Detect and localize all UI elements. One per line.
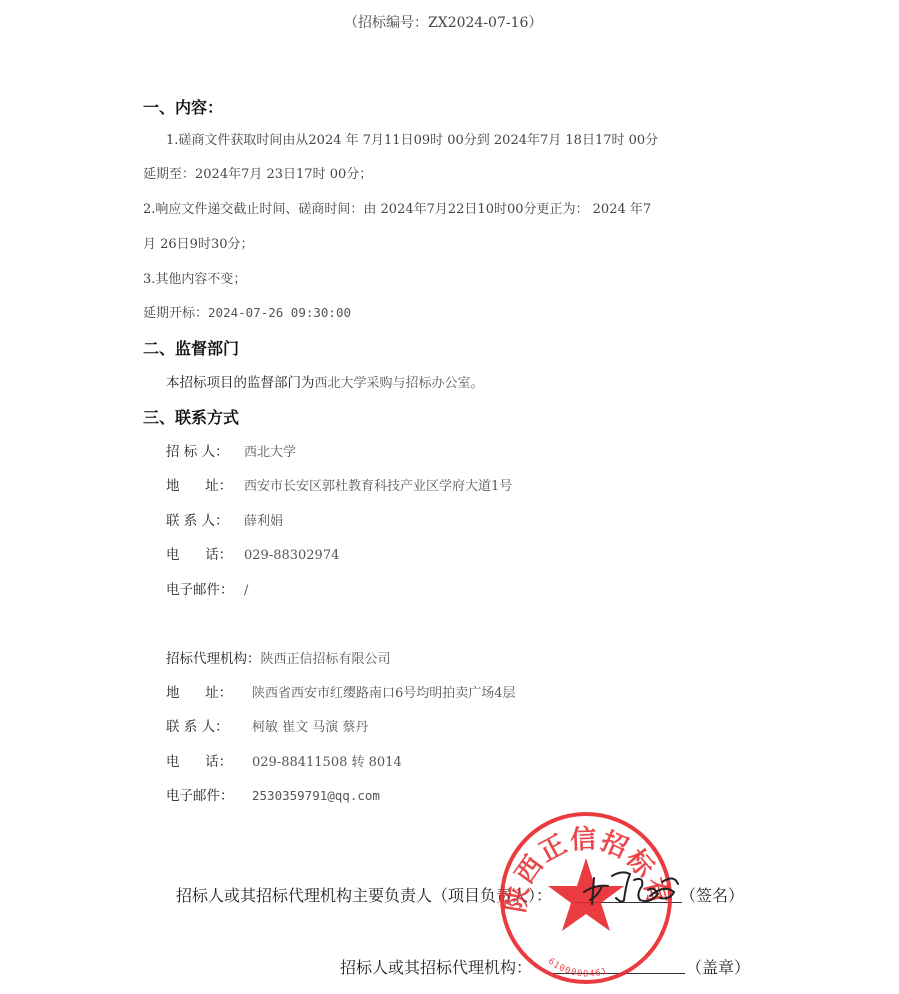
tenderer-name-value: 西北大学: [244, 445, 296, 460]
agency-name-label: 招标代理机构：: [166, 651, 261, 667]
tender-number: （招标编号：ZX2024-07-16）: [344, 12, 542, 32]
signature-suffix: （签名）: [680, 883, 744, 906]
section-supervision-heading: 二、监督部门: [143, 336, 239, 359]
content-item-2-line-2: 月 26日9时30分；: [143, 233, 254, 252]
tenderer-email-row: 电子邮件：/: [166, 578, 248, 598]
agency-phone-value: 029-88411508 转 8014: [252, 755, 402, 770]
agency-name-row: 招标代理机构：陕西正信招标有限公司: [166, 647, 391, 667]
content-item-3: 3.其他内容不变；: [143, 268, 246, 287]
tenderer-phone-label: 电 话：: [166, 543, 244, 563]
delayed-opening: 延期开标：2024-07-26 09:30:00: [143, 302, 351, 321]
supervision-department: 西北大学采购与招标办公室。: [315, 376, 484, 391]
agency-phone-row: 电 话：029-88411508 转 8014: [166, 750, 402, 770]
agency-email-row: 电子邮件：2530359791@qq.com: [166, 784, 380, 804]
agency-contact-value: 柯敏 崔文 马演 蔡丹: [252, 720, 368, 735]
agency-contact-label: 联 系 人：: [166, 715, 252, 735]
section-contact-heading: 三、联系方式: [143, 405, 239, 428]
content-item-1-line-2: 延期至：2024年7月 23日17时 00分；: [143, 163, 372, 182]
tenderer-name-label: 招 标 人：: [166, 440, 244, 460]
delayed-opening-value: 2024-07-26 09:30:00: [208, 305, 351, 320]
tenderer-contact-row: 联 系 人：薛利娟: [166, 509, 283, 529]
seal-suffix: （盖章）: [686, 955, 750, 978]
tenderer-email-label: 电子邮件：: [166, 578, 244, 598]
agency-address-row: 地 址：陕西省西安市红缨路南口6号均明拍卖广场4层: [166, 681, 516, 701]
handwritten-signature: [578, 860, 688, 910]
content-item-1-line-1: 1.磋商文件获取时间由从2024 年 7月11日09时 00分到 2024年7月…: [166, 129, 658, 148]
tenderer-address-label: 地 址：: [166, 474, 244, 494]
tenderer-contact-value: 薛利娟: [244, 514, 283, 529]
tenderer-phone-value: 029-88302974: [244, 548, 339, 563]
agency-phone-label: 电 话：: [166, 750, 252, 770]
agency-name-value: 陕西正信招标有限公司: [261, 652, 391, 667]
tenderer-address-value: 西安市长安区郭杜教育科技产业区学府大道1号: [244, 479, 512, 494]
tenderer-name-row: 招 标 人：西北大学: [166, 440, 296, 460]
delayed-opening-label: 延期开标：: [143, 306, 208, 321]
agency-email-label: 电子邮件：: [166, 784, 252, 804]
supervision-prefix: 本招标项目的监督部门为: [166, 375, 315, 391]
signature-responsible-label: 招标人或其招标代理机构主要负责人（项目负责人）：: [176, 883, 552, 906]
tenderer-address-row: 地 址：西安市长安区郭杜教育科技产业区学府大道1号: [166, 474, 512, 494]
agency-email-value: 2530359791@qq.com: [252, 788, 380, 803]
tenderer-email-value: /: [244, 583, 248, 598]
agency-contact-row: 联 系 人：柯敏 崔文 马演 蔡丹: [166, 715, 368, 735]
supervision-text: 本招标项目的监督部门为西北大学采购与招标办公室。: [166, 371, 484, 391]
section-content-heading: 一、内容：: [143, 95, 223, 118]
agency-address-label: 地 址：: [166, 681, 252, 701]
tenderer-phone-row: 电 话：029-88302974: [166, 543, 339, 563]
agency-address-value: 陕西省西安市红缨路南口6号均明拍卖广场4层: [252, 686, 516, 701]
tenderer-contact-label: 联 系 人：: [166, 509, 244, 529]
content-item-2-line-1: 2.响应文件递交截止时间、磋商时间：由 2024年7月22日10时00分更正为：…: [143, 198, 651, 217]
